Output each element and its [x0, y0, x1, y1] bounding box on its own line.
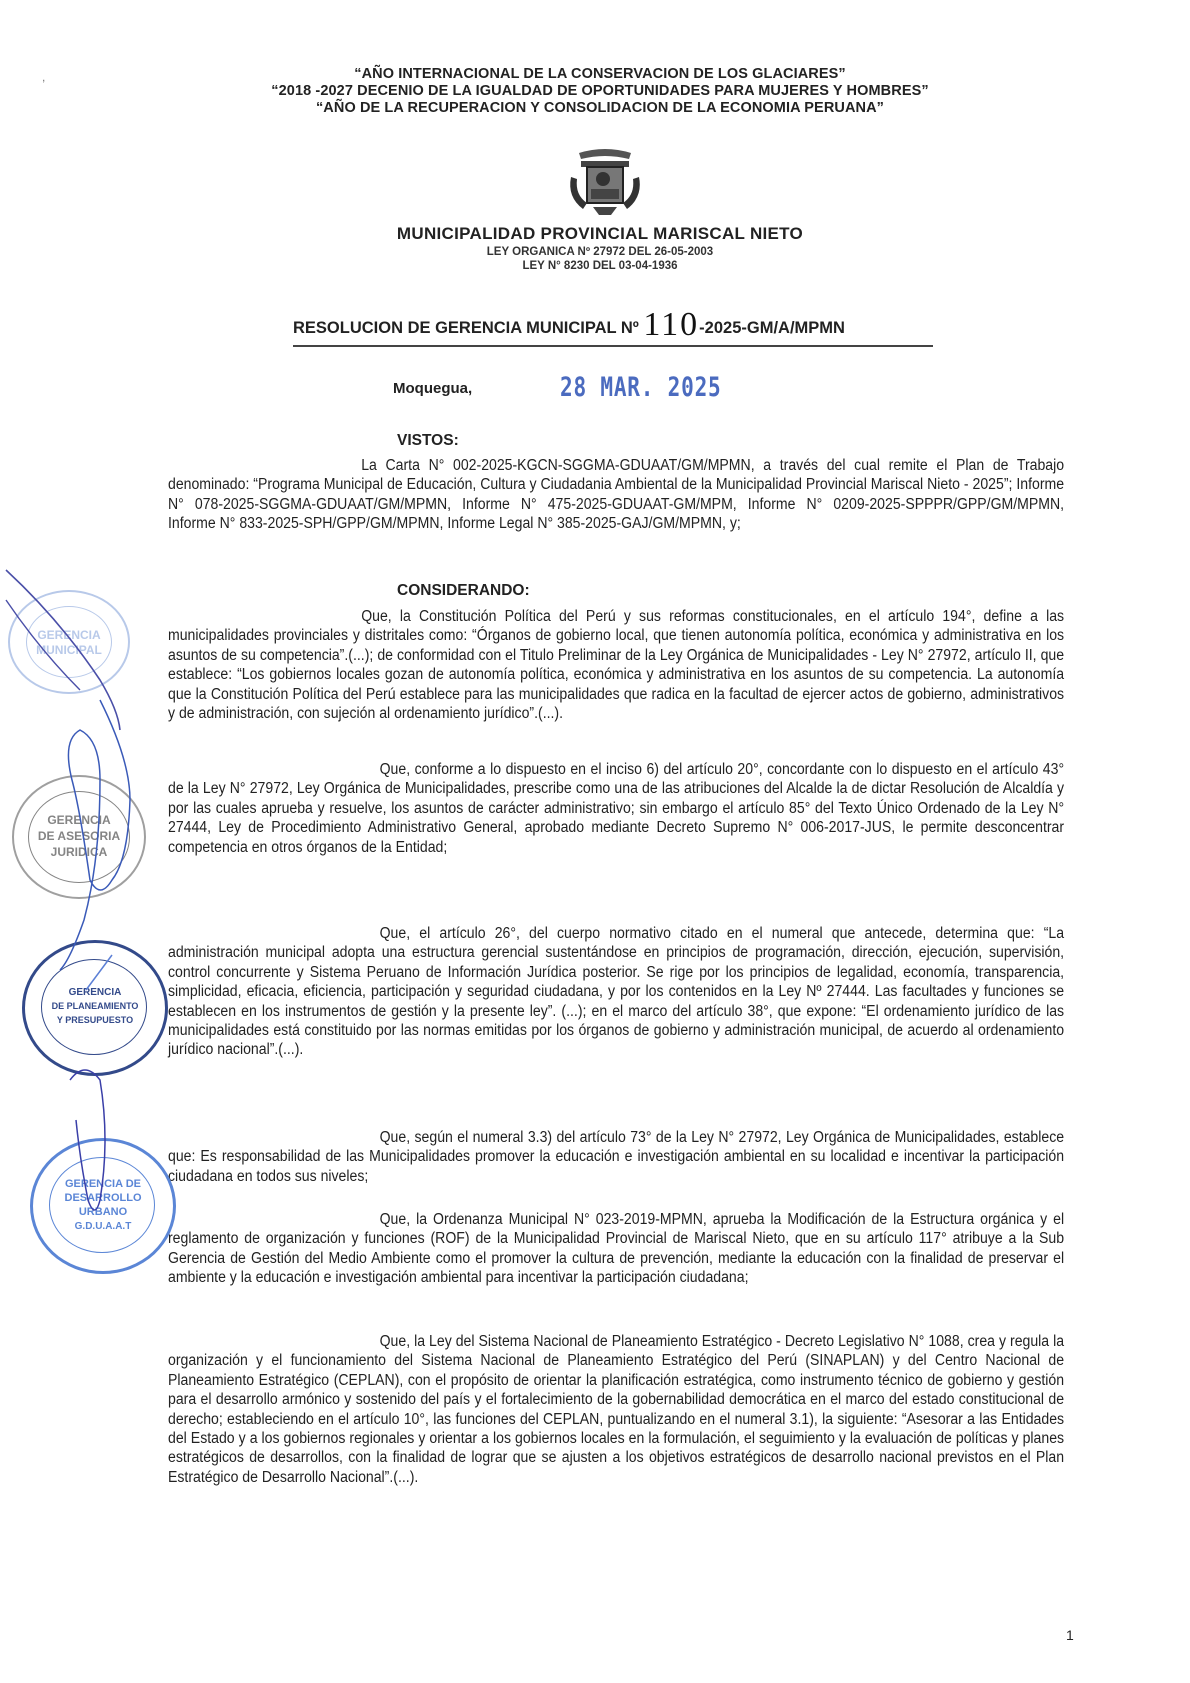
- stamp-line: DE ASESORIA: [14, 829, 144, 844]
- motto-line-3: “AÑO DE LA RECUPERACION Y CONSOLIDACION …: [250, 100, 950, 117]
- stamp-line: Y PRESUPUESTO: [25, 1013, 165, 1028]
- stamp-line: JURIDICA: [14, 845, 144, 860]
- date-stamp: 28 MAR. 2025: [560, 372, 722, 403]
- stamp-line: URBANO: [33, 1205, 173, 1220]
- place-label: Moquegua,: [393, 380, 472, 397]
- scan-mark: ,: [42, 70, 45, 84]
- resolution-prefix: RESOLUCION DE GERENCIA MUNICIPAL Nº: [293, 319, 639, 337]
- stamp-line: GERENCIA DE: [33, 1177, 173, 1192]
- header-mottos: “AÑO INTERNACIONAL DE LA CONSERVACION DE…: [250, 66, 950, 117]
- stamp-line: GERENCIA: [25, 985, 165, 1000]
- stamp-line: GERENCIA: [14, 813, 144, 828]
- vistos-paragraph: La Carta N° 002-2025-KGCN-SGGMA-GDUAAT/G…: [168, 456, 1064, 534]
- considerando-paragraph-6: Que, la Ley del Sistema Nacional de Plan…: [168, 1332, 1064, 1487]
- stamp-gerencia-planeamiento-presupuesto: GERENCIA DE PLANEAMIENTO Y PRESUPUESTO: [22, 940, 168, 1076]
- stamp-line: G.D.U.A.A.T: [33, 1219, 173, 1234]
- stamp-line: DE PLANEAMIENTO: [25, 999, 165, 1014]
- considerando-paragraph-1: Que, la Constitución Política del Perú y…: [168, 607, 1064, 723]
- motto-line-2: “2018 -2027 DECENIO DE LA IGUALDAD DE OP…: [250, 83, 950, 100]
- stamp-gerencia-desarrollo-urbano: GERENCIA DE DESARROLLO URBANO G.D.U.A.A.…: [30, 1138, 176, 1274]
- considerando-heading: CONSIDERANDO:: [397, 582, 530, 600]
- considerando-paragraph-3: Que, el artículo 26°, del cuerpo normati…: [168, 924, 1064, 1060]
- founding-law-line: LEY N° 8230 DEL 03-04-1936: [350, 259, 850, 273]
- stamp-line: GERENCIA: [10, 628, 128, 643]
- coat-of-arms-icon: [565, 147, 645, 219]
- resolution-number: 110: [643, 306, 699, 343]
- institution-laws: LEY ORGANICA Nº 27972 DEL 26-05-2003 LEY…: [350, 245, 850, 273]
- vistos-heading: VISTOS:: [397, 432, 459, 450]
- organic-law-line: LEY ORGANICA Nº 27972 DEL 26-05-2003: [350, 245, 850, 259]
- stamp-line: MUNICIPAL: [10, 643, 128, 658]
- motto-line-1: “AÑO INTERNACIONAL DE LA CONSERVACION DE…: [250, 66, 950, 83]
- stamp-gerencia-municipal: GERENCIA MUNICIPAL: [8, 590, 130, 694]
- stamp-gerencia-asesoria-juridica: GERENCIA DE ASESORIA JURIDICA: [12, 775, 146, 899]
- resolution-title: RESOLUCION DE GERENCIA MUNICIPAL Nº 110-…: [293, 306, 933, 347]
- considerando-paragraph-2: Que, conforme a lo dispuesto en el incis…: [168, 760, 1064, 857]
- page-number: 1: [1066, 1627, 1074, 1643]
- resolution-suffix: -2025-GM/A/MPMN: [699, 319, 845, 337]
- institution-name: MUNICIPALIDAD PROVINCIAL MARISCAL NIETO: [350, 224, 850, 244]
- considerando-paragraph-4: Que, según el numeral 3.3) del artículo …: [168, 1128, 1064, 1186]
- considerando-paragraph-5: Que, la Ordenanza Municipal N° 023-2019-…: [168, 1210, 1064, 1288]
- stamp-line: DESARROLLO: [33, 1191, 173, 1206]
